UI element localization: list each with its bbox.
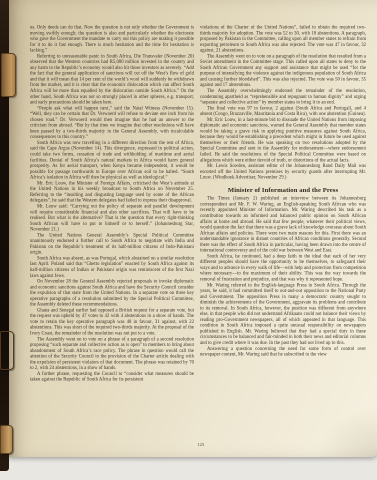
paragraph: Mr. Lewis Sowden, assistant editor of th… xyxy=(200,164,366,181)
right-column-text: violations of the Charter of the United … xyxy=(200,25,366,358)
paragraph: The final vote was 97 in favour, 2 again… xyxy=(200,106,366,118)
paragraph: Answering a question concerning the need… xyxy=(200,346,366,358)
book-page: us. Only deeds can do that. Now the ques… xyxy=(8,0,377,457)
paragraph: The Assembly went on to vote on a paragr… xyxy=(200,54,366,89)
left-column-text: us. Only deeds can do that. Now the ques… xyxy=(30,25,194,383)
paragraph: “People ask what will happen next,” said… xyxy=(30,106,194,141)
book-scan: us. Only deeds can do that. Now the ques… xyxy=(0,0,377,480)
paragraph: Referring to unreasonable panic in South… xyxy=(30,54,194,106)
paragraph: us. Only deeds can do that. Now the ques… xyxy=(30,25,194,54)
section-heading: Minister of Information and the Press xyxy=(200,187,366,193)
binding-tab-top xyxy=(1,53,16,97)
binding-tab-middle xyxy=(0,331,14,370)
paragraph: Mr. Louw said: “Carrying out the policy … xyxy=(30,204,194,233)
paragraph: violations of the Charter of the United … xyxy=(200,25,366,54)
right-column: violations of the Charter of the United … xyxy=(200,25,366,439)
paragraph: Ghana and Senegal earlier had opposed a … xyxy=(30,308,194,337)
paragraph: South Africa was now travelling in a dif… xyxy=(30,140,194,180)
paragraph: Mr. Waring referred to the English-langu… xyxy=(200,283,366,347)
left-column: us. Only deeds can do that. Now the ques… xyxy=(30,25,194,439)
paragraph: The Assembly overwhelmingly endorsed the… xyxy=(200,89,366,106)
paragraph: The Assembly went on to vote on a phrase… xyxy=(30,337,194,372)
paragraph: A further phrase, requesting the Council… xyxy=(30,371,194,383)
paragraph: Mr. Eric Louw, in a last-minute bid to d… xyxy=(200,117,366,163)
paragraph: South Africa, he continued, had a deep f… xyxy=(200,254,366,283)
paragraph: The Times (January 2) published an inter… xyxy=(200,196,366,254)
paragraph: Mr. Eric Louw, the Minister of Foreign A… xyxy=(30,181,194,204)
paragraph: The United Nations General Assembly’s Sp… xyxy=(30,233,194,256)
paragraph: On November 28 the General Assembly reje… xyxy=(30,279,194,308)
page-number: 123 xyxy=(16,437,377,455)
binding-tab-bottom xyxy=(0,425,13,454)
paragraph: South Africa was absent, as was Portugal… xyxy=(30,256,194,279)
